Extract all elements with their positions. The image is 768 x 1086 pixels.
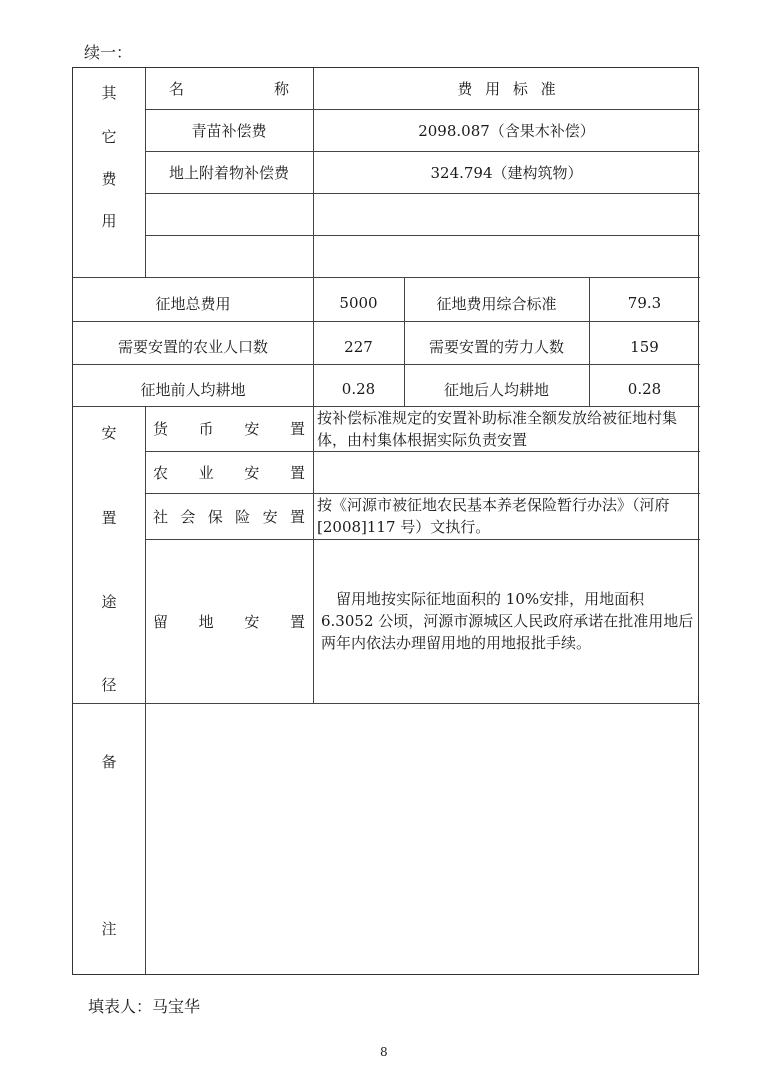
stat-value: 0.28 — [313, 364, 404, 406]
stat-label: 征地前人均耕地 — [73, 364, 313, 406]
placement-type-monetary: 货币安置 — [145, 406, 313, 451]
stat-value: 227 — [313, 321, 404, 364]
section-label-other-fees-2: 它 — [73, 126, 145, 147]
land-acquisition-table: 其 它 费 用 名 称 费 用 标 准 青苗补偿费 2098.087（含果木补偿… — [72, 67, 699, 975]
section-label-other-fees-4: 用 — [73, 210, 145, 231]
stat-label: 征地后人均耕地 — [404, 364, 589, 406]
fee-name: 青苗补偿费 — [145, 109, 313, 151]
placement-type-social-insurance: 社会保险安置 — [145, 493, 313, 539]
fee-standard — [313, 235, 700, 277]
fee-name — [145, 193, 313, 235]
remarks-content — [145, 703, 700, 975]
section-label-placement-3: 途 — [73, 591, 145, 612]
fee-standard — [313, 193, 700, 235]
fee-standard: 324.794（建构筑物） — [313, 151, 700, 193]
stat-label: 征地总费用 — [73, 277, 313, 321]
section-label-other-fees-1: 其 — [73, 82, 145, 103]
placement-desc-reserved-land: 留用地按实际征地面积的 10%安排，用地面积 6.3052 公顷，河源市源城区人… — [313, 539, 700, 703]
placement-desc-agricultural — [313, 451, 700, 493]
form-filler: 填表人：马宝华 — [88, 994, 200, 1017]
stat-label: 需要安置的农业人口数 — [73, 321, 313, 364]
stat-value: 0.28 — [589, 364, 700, 406]
section-label-placement-1: 安 — [73, 422, 145, 443]
page-number: 8 — [380, 1045, 388, 1059]
stat-value: 159 — [589, 321, 700, 364]
section-label-placement-2: 置 — [73, 507, 145, 528]
section-label-other-fees-3: 费 — [73, 168, 145, 189]
stat-value: 79.3 — [589, 277, 700, 321]
section-label-remarks-1: 备 — [73, 751, 145, 772]
column-header-name: 名 称 — [161, 68, 297, 109]
stat-label: 需要安置的劳力人数 — [404, 321, 589, 364]
column-header-standard: 费 用 标 准 — [313, 68, 700, 109]
fee-name — [145, 235, 313, 277]
placement-desc-social-insurance: 按《河源市被征地农民基本养老保险暂行办法》（河府[2008]117 号）文执行。 — [313, 493, 700, 539]
continuation-label: 续一： — [84, 40, 132, 63]
section-label-remarks-2: 注 — [73, 918, 145, 939]
stat-label: 征地费用综合标准 — [404, 277, 589, 321]
section-label-placement-4: 径 — [73, 674, 145, 695]
fee-standard: 2098.087（含果木补偿） — [313, 109, 700, 151]
stat-value: 5000 — [313, 277, 404, 321]
fee-name: 地上附着物补偿费 — [145, 151, 313, 193]
placement-type-agricultural: 农业安置 — [145, 451, 313, 493]
placement-desc-monetary: 按补偿标准规定的安置补助标准全额发放给被征地村集体，由村集体根据实际负责安置 — [313, 406, 700, 451]
placement-type-reserved-land: 留地安置 — [145, 539, 313, 703]
